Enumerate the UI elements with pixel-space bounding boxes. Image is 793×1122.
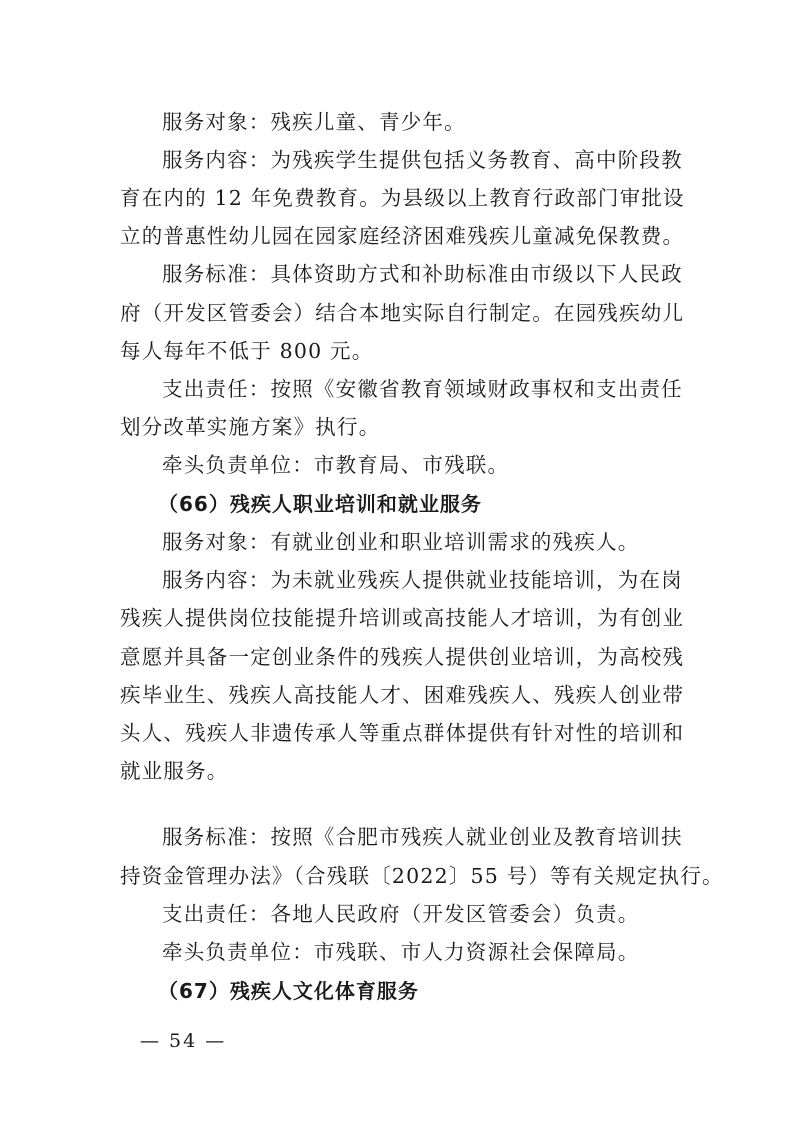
paragraph-line: 头人、残疾人非遗传承人等重点群体提供有针对性的培训和 [120,719,680,747]
paragraph-line: 持资金管理办法》（合残联〔2022〕55 号）等有关规定执行。 [120,862,680,890]
paragraph-line: 服务标准：按照《合肥市残疾人就业创业及教育培训扶 [162,823,680,851]
paragraph-line: 残疾人提供岗位技能提升培训或高技能人才培训，为有创业 [120,604,680,632]
paragraph-line: 牵头负责单位：市残联、市人力资源社会保障局。 [162,938,680,966]
paragraph-line: 牵头负责单位：市教育局、市残联。 [162,451,680,479]
paragraph-line: 服务标准：具体资助方式和补助标准由市级以下人民政 [162,260,680,288]
paragraph-line: 支出责任：各地人民政府（开发区管委会）负责。 [162,900,680,928]
page-number: — 54 — [140,1027,226,1055]
paragraph-line: 意愿并具备一定创业条件的残疾人提供创业培训，为高校残 [120,643,680,671]
paragraph-line: 支出责任：按照《安徽省教育领域财政事权和支出责任 [162,375,680,403]
paragraph-line: 服务内容：为未就业残疾人提供就业技能培训，为在岗 [162,566,680,594]
paragraph-line: 疾毕业生、残疾人高技能人才、困难残疾人、残疾人创业带 [120,681,680,709]
section-heading-67: （67）残疾人文化体育服务 [158,977,718,1005]
paragraph-line: 划分改革实施方案》执行。 [120,413,680,441]
paragraph-line: 服务对象：有就业创业和职业培训需求的残疾人。 [162,528,680,556]
document-page: 服务对象：残疾儿童、青少年。服务内容：为残疾学生提供包括义务教育、高中阶段教育在… [0,0,793,1122]
paragraph-line: 立的普惠性幼儿园在园家庭经济困难残疾儿童减免保教费。 [120,222,680,250]
section-heading-66: （66）残疾人职业培训和就业服务 [158,490,718,518]
paragraph-line: 服务对象：残疾儿童、青少年。 [162,108,680,136]
paragraph-line: 服务内容：为残疾学生提供包括义务教育、高中阶段教 [162,146,680,174]
paragraph-line: 府（开发区管委会）结合本地实际自行制定。在园残疾幼儿 [120,299,680,327]
paragraph-line: 就业服务。 [120,757,680,785]
paragraph-line: 每人每年不低于 800 元。 [120,337,680,365]
paragraph-line: 育在内的 12 年免费教育。为县级以上教育行政部门审批设 [120,184,680,212]
